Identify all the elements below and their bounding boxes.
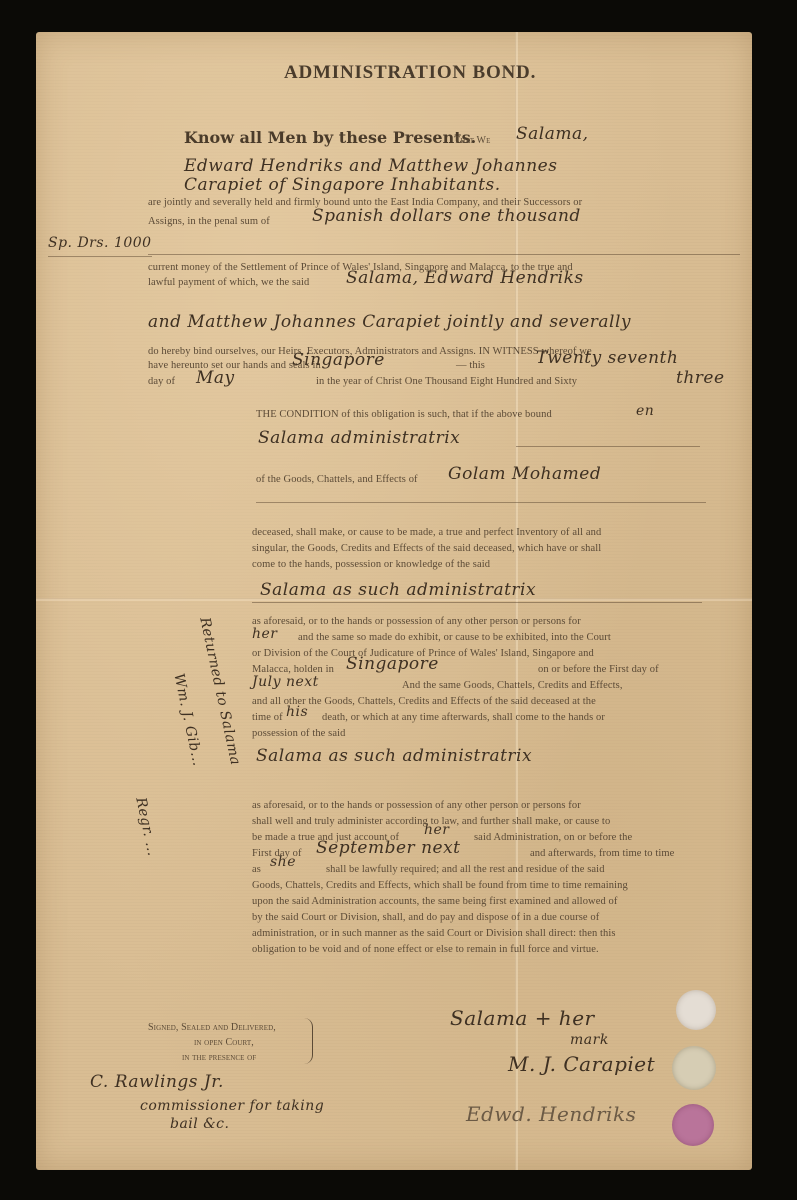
her-hand-2: her bbox=[424, 822, 450, 838]
place-hand: Singapore bbox=[292, 350, 385, 370]
bond-document-paper: ADMINISTRATION BOND. Know all Men by the… bbox=[36, 32, 752, 1170]
afterwards-clause: and afterwards, from time to time bbox=[530, 846, 674, 861]
exhibit-clause: and the same so made do exhibit, or caus… bbox=[298, 630, 611, 645]
margin-rotated-note-2: Wm. J. Gib... bbox=[170, 672, 205, 768]
month-hand: May bbox=[196, 368, 235, 388]
signature-mark-label: mark bbox=[570, 1032, 609, 1048]
void-clause: obligation to be void and of none effect… bbox=[252, 942, 599, 957]
witness-line-2: in open Court, bbox=[194, 1035, 254, 1050]
administratrix-hand-2: Salama as such administratrix bbox=[260, 580, 536, 600]
year-hand: three bbox=[676, 368, 725, 388]
she-hand: she bbox=[270, 854, 296, 870]
come-to-hands-clause: come to the hands, possession or knowled… bbox=[252, 557, 490, 572]
signature-hendriks: Edwd. Hendriks bbox=[466, 1102, 636, 1126]
rule-3 bbox=[256, 502, 706, 503]
inventory-clause: deceased, shall make, or cause to be mad… bbox=[252, 525, 708, 540]
witness-brace bbox=[304, 1018, 313, 1064]
rule-2 bbox=[516, 446, 700, 447]
administration-clause: said Administration, on or before the bbox=[474, 830, 632, 845]
payment-clause: lawful payment of which, we the said bbox=[148, 275, 309, 290]
document-title: ADMINISTRATION BOND. bbox=[284, 62, 536, 84]
aforesaid-clause: as aforesaid, or to the hands or possess… bbox=[252, 614, 708, 629]
time-of-label: time of bbox=[252, 710, 283, 725]
seal-2-grey bbox=[672, 1046, 716, 1090]
obligor-name-hand: Salama, bbox=[516, 124, 589, 144]
deceased-name-hand: Golam Mohamed bbox=[448, 464, 601, 484]
that-we-label: That We bbox=[454, 133, 490, 148]
witness-line-3: in the presence of bbox=[182, 1050, 256, 1065]
her-hand: her bbox=[252, 626, 278, 642]
seal-3-pink bbox=[672, 1104, 714, 1146]
payers-continued-hand: and Matthew Johannes Carapiet jointly an… bbox=[148, 312, 631, 332]
preamble-heading: Know all Men by these Presents. bbox=[184, 128, 476, 147]
signature-salama: Salama + her bbox=[450, 1006, 595, 1030]
day-hand: Twenty seventh bbox=[536, 348, 678, 368]
september-hand: September next bbox=[316, 838, 461, 858]
singular-clause: singular, the Goods, Credits and Effects… bbox=[252, 541, 708, 556]
penal-sum-label: Assigns, in the penal sum of bbox=[148, 214, 270, 229]
possession-label: possession of the said bbox=[252, 726, 346, 741]
signature-carapiet: M. J. Carapiet bbox=[508, 1052, 655, 1076]
rule-4 bbox=[252, 602, 702, 603]
as-label: as bbox=[252, 862, 261, 877]
margin-sum-underline bbox=[48, 256, 152, 257]
obligors-residence-hand: Carapiet of Singapore Inhabitants. bbox=[184, 175, 501, 195]
condition-clause: THE CONDITION of this obligation is such… bbox=[256, 407, 552, 422]
obligors-line-hand: Edward Hendriks and Matthew Johannes bbox=[184, 156, 557, 176]
margin-sum-note: Sp. Drs. 1000 bbox=[48, 235, 152, 251]
court-place-hand: Singapore bbox=[346, 654, 439, 674]
payers-hand: Salama, Edward Hendriks bbox=[346, 268, 584, 288]
aforesaid-clause-2: as aforesaid, or to the hands or possess… bbox=[252, 798, 581, 813]
commissioner-title-2: bail &c. bbox=[170, 1116, 229, 1132]
lawfully-clause: shall be lawfully required; and all the … bbox=[326, 862, 605, 877]
this-label: — this bbox=[456, 358, 485, 373]
commissioner-signature: C. Rawlings Jr. bbox=[90, 1072, 224, 1092]
year-clause: in the year of Christ One Thousand Eight… bbox=[316, 374, 577, 389]
accounts-clause: upon the said Administration accounts, t… bbox=[252, 894, 618, 909]
administratrix-hand-3: Salama as such administratrix bbox=[256, 746, 532, 766]
seal-1-white bbox=[676, 990, 716, 1030]
administratrix-hand: Salama administratrix bbox=[258, 428, 460, 448]
his-hand: his bbox=[286, 704, 308, 720]
first-day-label: on or before the First day of bbox=[538, 662, 659, 677]
death-clause: death, or which at any time afterwards, … bbox=[322, 710, 605, 725]
margin-rotated-note-3: Regr. ... bbox=[132, 796, 160, 858]
residue-clause: Goods, Chattels, Credits and Effects, wh… bbox=[252, 878, 628, 893]
same-goods-clause: And the same Goods, Chattels, Credits an… bbox=[402, 678, 623, 693]
margin-rotated-note-1: Returned to Salama bbox=[196, 616, 243, 767]
goods-of-label: of the Goods, Chattels, and Effects of bbox=[256, 472, 418, 487]
witness-line-1: Signed, Sealed and Delivered, bbox=[148, 1020, 276, 1035]
condition-hand-suffix: en bbox=[636, 403, 654, 419]
commissioner-title: commissioner for taking bbox=[140, 1098, 324, 1114]
rule-1 bbox=[148, 254, 740, 255]
penal-sum-hand: Spanish dollars one thousand bbox=[312, 206, 581, 226]
direct-clause: administration, or in such manner as the… bbox=[252, 926, 616, 941]
july-hand: July next bbox=[252, 674, 319, 690]
day-of-label: day of bbox=[148, 374, 175, 389]
dispose-clause: by the said Court or Division, shall, an… bbox=[252, 910, 599, 925]
